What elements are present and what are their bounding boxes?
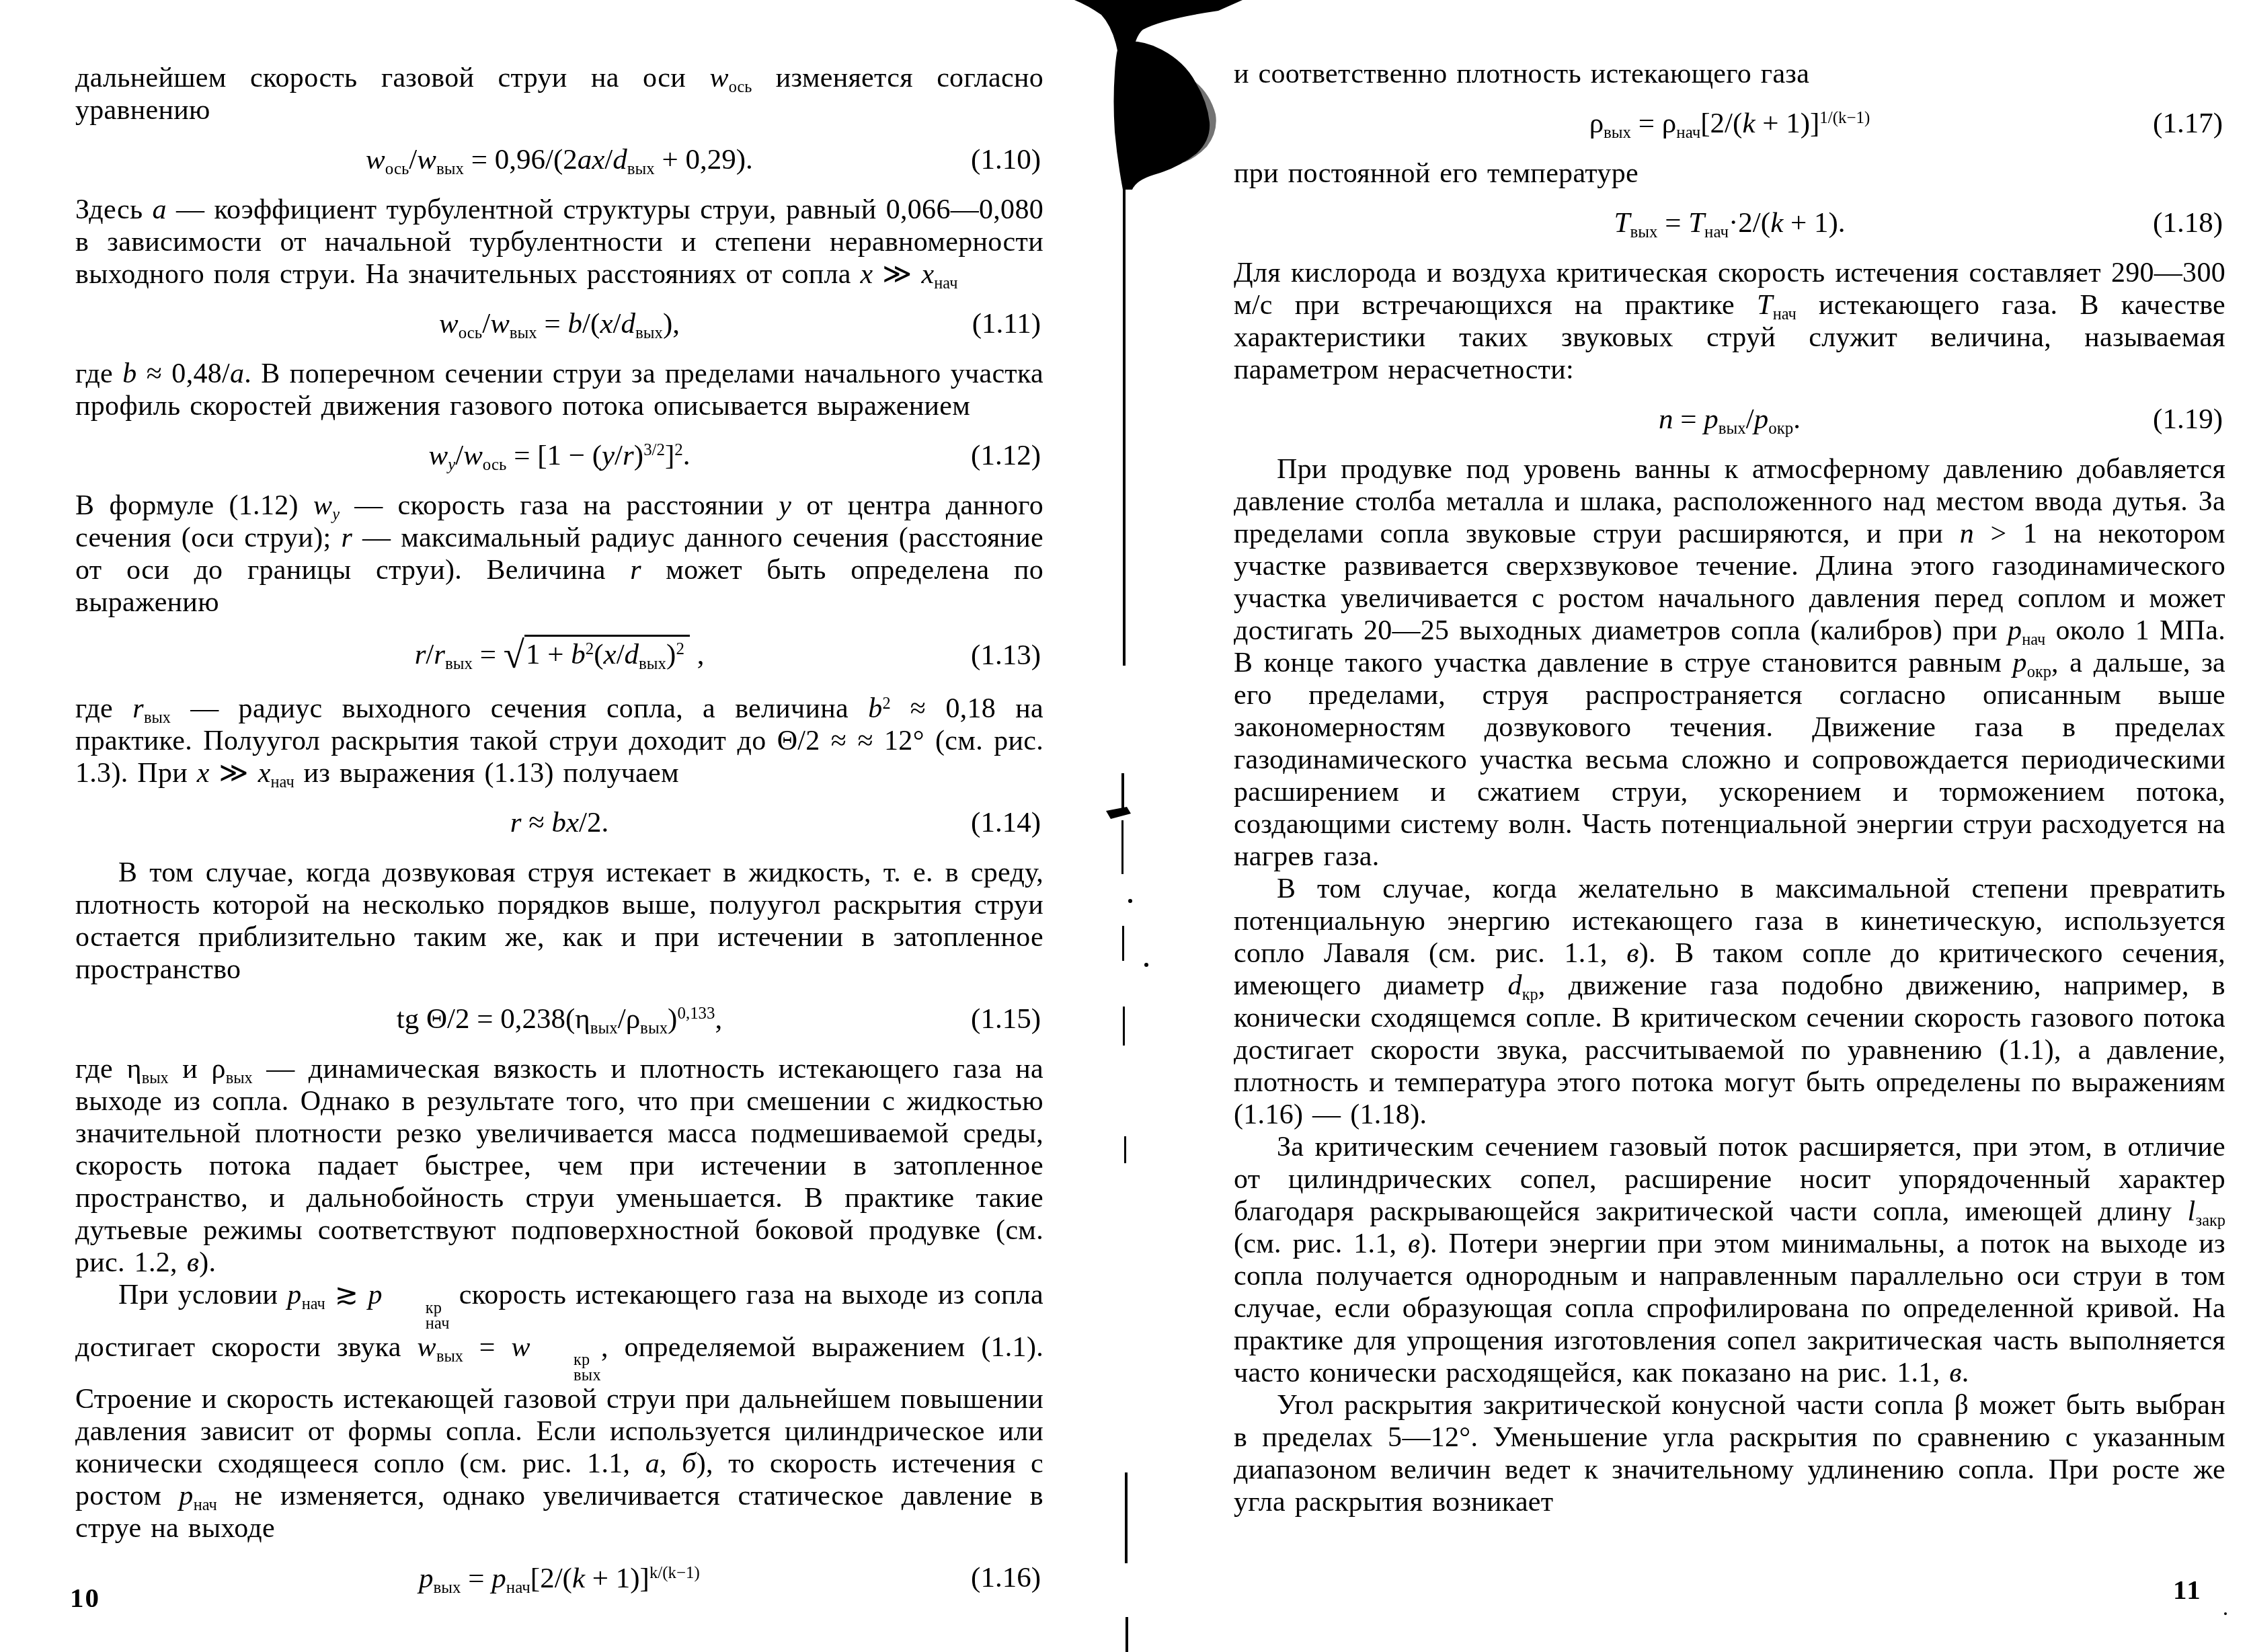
book-scan-spread: { "left_page": { "page_number": "10", "b…: [0, 0, 2249, 1652]
equation-row: Tвых = Tнач·2/(k + 1).(1.18): [1234, 204, 2225, 243]
binding-ink-blob-fuzz: [1183, 82, 1216, 163]
equation-formula: wy/wось = [1 − (y/r)3/2]2.: [428, 438, 690, 473]
equation-formula: n = pвых/pокр.: [1659, 402, 1801, 437]
equation-formula: wось/wвых = b/(x/dвых),: [439, 307, 680, 342]
equation-formula: tg Θ/2 = 0,238(ηвых/ρвых)0,133,: [397, 1002, 723, 1037]
spine-speck-1: [1128, 899, 1132, 903]
equation-row: wось/wвых = b/(x/dвых),(1.11): [75, 305, 1043, 344]
spine-speck-2: [1144, 963, 1148, 967]
equation-row: wy/wось = [1 − (y/r)3/2]2.(1.12): [75, 436, 1043, 475]
page-number-left: 10: [70, 1581, 100, 1614]
page-number-right: 11: [2173, 1573, 2202, 1606]
top-ink-stain: [1074, 0, 1242, 89]
edge-speck: [2224, 1612, 2227, 1615]
equation-number: (1.13): [971, 638, 1041, 673]
paragraph: За критическим сечением газовый поток ра…: [1234, 1131, 2225, 1389]
spine-tick-mark: [1106, 807, 1131, 819]
paragraph: Угол раскрытия закритической конусной ча…: [1234, 1389, 2225, 1518]
equation-row: r/rвых = √1 + b2(x/dвых)2 ,(1.13): [75, 633, 1043, 678]
equation-number: (1.19): [2153, 402, 2223, 437]
binding-ink-blob: [1114, 41, 1210, 190]
equation-number: (1.14): [971, 805, 1041, 840]
spine-line: [1121, 27, 1128, 1652]
paragraph: Здесь a — коэффициент турбулентной струк…: [75, 194, 1043, 290]
paragraph: В том случае, когда дозвуковая струя ист…: [75, 857, 1043, 986]
equation-number: (1.16): [971, 1561, 1041, 1596]
equation-number: (1.10): [971, 143, 1041, 178]
equation-number: (1.12): [971, 438, 1041, 473]
page-left-text-column: дальнейшем скорость газовой струи на оси…: [75, 62, 1043, 1612]
equation-number: (1.11): [972, 307, 1041, 342]
equation-row: pвых = pнач[2/(k + 1)]k/(k−1)(1.16): [75, 1559, 1043, 1598]
equation-number: (1.18): [2153, 206, 2223, 241]
paragraph: где b ≈ 0,48/a. В поперечном сечении стр…: [75, 358, 1043, 422]
paragraph: где ηвых и ρвых — динамическая вязкость …: [75, 1053, 1043, 1279]
equation-row: r ≈ bx/2.(1.14): [75, 803, 1043, 842]
equation-formula: ρвых = ρнач[2/(k + 1)]1/(k−1): [1589, 106, 1870, 141]
paragraph: В формуле (1.12) wy — скорость газа на р…: [75, 489, 1043, 619]
equation-formula: pвых = pнач[2/(k + 1)]k/(k−1): [419, 1561, 700, 1596]
equation-formula: r ≈ bx/2.: [510, 805, 609, 840]
equation-row: wось/wвых = 0,96/(2ax/dвых + 0,29).(1.10…: [75, 141, 1043, 180]
page-right-text-column: и соответственно плотность истекающего г…: [1234, 58, 2225, 1518]
equation-formula: Tвых = Tнач·2/(k + 1).: [1614, 206, 1845, 241]
paragraph: где rвых — радиус выходного сечения сопл…: [75, 693, 1043, 789]
paragraph: и соответственно плотность истекающего г…: [1234, 58, 2225, 90]
paragraph: В том случае, когда желательно в максима…: [1234, 873, 2225, 1131]
equation-number: (1.15): [971, 1002, 1041, 1037]
equation-formula: wось/wвых = 0,96/(2ax/dвых + 0,29).: [366, 143, 753, 178]
paragraph: При продувке под уровень ванны к атмосфе…: [1234, 453, 2225, 873]
paragraph: Для кислорода и воздуха критическая скор…: [1234, 257, 2225, 386]
paragraph: при постоянной его температуре: [1234, 157, 2225, 190]
equation-number: (1.17): [2153, 106, 2223, 141]
equation-row: tg Θ/2 = 0,238(ηвых/ρвых)0,133,(1.15): [75, 1000, 1043, 1039]
paragraph: дальнейшем скорость газовой струи на оси…: [75, 62, 1043, 126]
equation-formula: r/rвых = √1 + b2(x/dвых)2 ,: [415, 633, 705, 678]
paragraph: При условии pнач ≳ pкрнач скорость истек…: [75, 1279, 1043, 1544]
equation-row: ρвых = ρнач[2/(k + 1)]1/(k−1)(1.17): [1234, 104, 2225, 143]
equation-row: n = pвых/pокр.(1.19): [1234, 400, 2225, 439]
